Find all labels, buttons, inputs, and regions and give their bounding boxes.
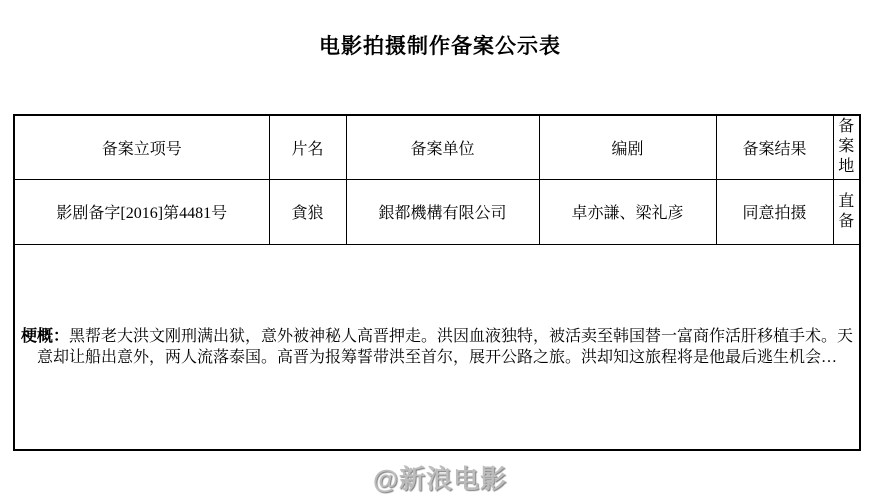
cell-filing-unit: 銀都機構有限公司: [346, 179, 539, 244]
page-title: 电影拍摄制作备案公示表: [0, 30, 880, 60]
filing-table: 备案立项号 片名 备案单位 编剧 备案结果 备案地 影剧备字[2016]第448…: [13, 114, 861, 451]
cell-film-title: 貪狼: [269, 179, 346, 244]
header-filing-place: 备案地: [833, 115, 860, 179]
header-filing-number: 备案立项号: [14, 115, 269, 179]
synopsis-text: 黑帮老大洪文刚刑满出狱，意外被神秘人高晋押走。洪因血液独特，被活卖至韩国替一富商…: [37, 328, 853, 366]
synopsis-cell: 梗概：黑帮老大洪文刚刑满出狱，意外被神秘人高晋押走。洪因血液独特，被活卖至韩国替…: [14, 244, 860, 450]
synopsis-label: 梗概：: [21, 328, 69, 345]
cell-filing-place: 直备: [833, 179, 860, 244]
table-data-row: 影剧备字[2016]第4481号 貪狼 銀都機構有限公司 卓亦謙、梁礼彦 同意拍…: [14, 179, 860, 244]
cell-filing-place-text: 直备: [838, 192, 854, 232]
header-filing-unit: 备案单位: [346, 115, 539, 179]
cell-filing-result: 同意拍摄: [716, 179, 833, 244]
header-screenwriter: 编剧: [539, 115, 716, 179]
synopsis-row: 梗概：黑帮老大洪文刚刑满出狱，意外被神秘人高晋押走。洪因血液独特，被活卖至韩国替…: [14, 244, 860, 450]
sina-movie-watermark: @新浪电影: [0, 459, 880, 495]
header-filing-place-text: 备案地: [838, 117, 854, 177]
cell-filing-number: 影剧备字[2016]第4481号: [14, 179, 269, 244]
cell-screenwriter: 卓亦謙、梁礼彦: [539, 179, 716, 244]
header-film-title: 片名: [269, 115, 346, 179]
header-filing-result: 备案结果: [716, 115, 833, 179]
table-header-row: 备案立项号 片名 备案单位 编剧 备案结果 备案地: [14, 115, 860, 179]
